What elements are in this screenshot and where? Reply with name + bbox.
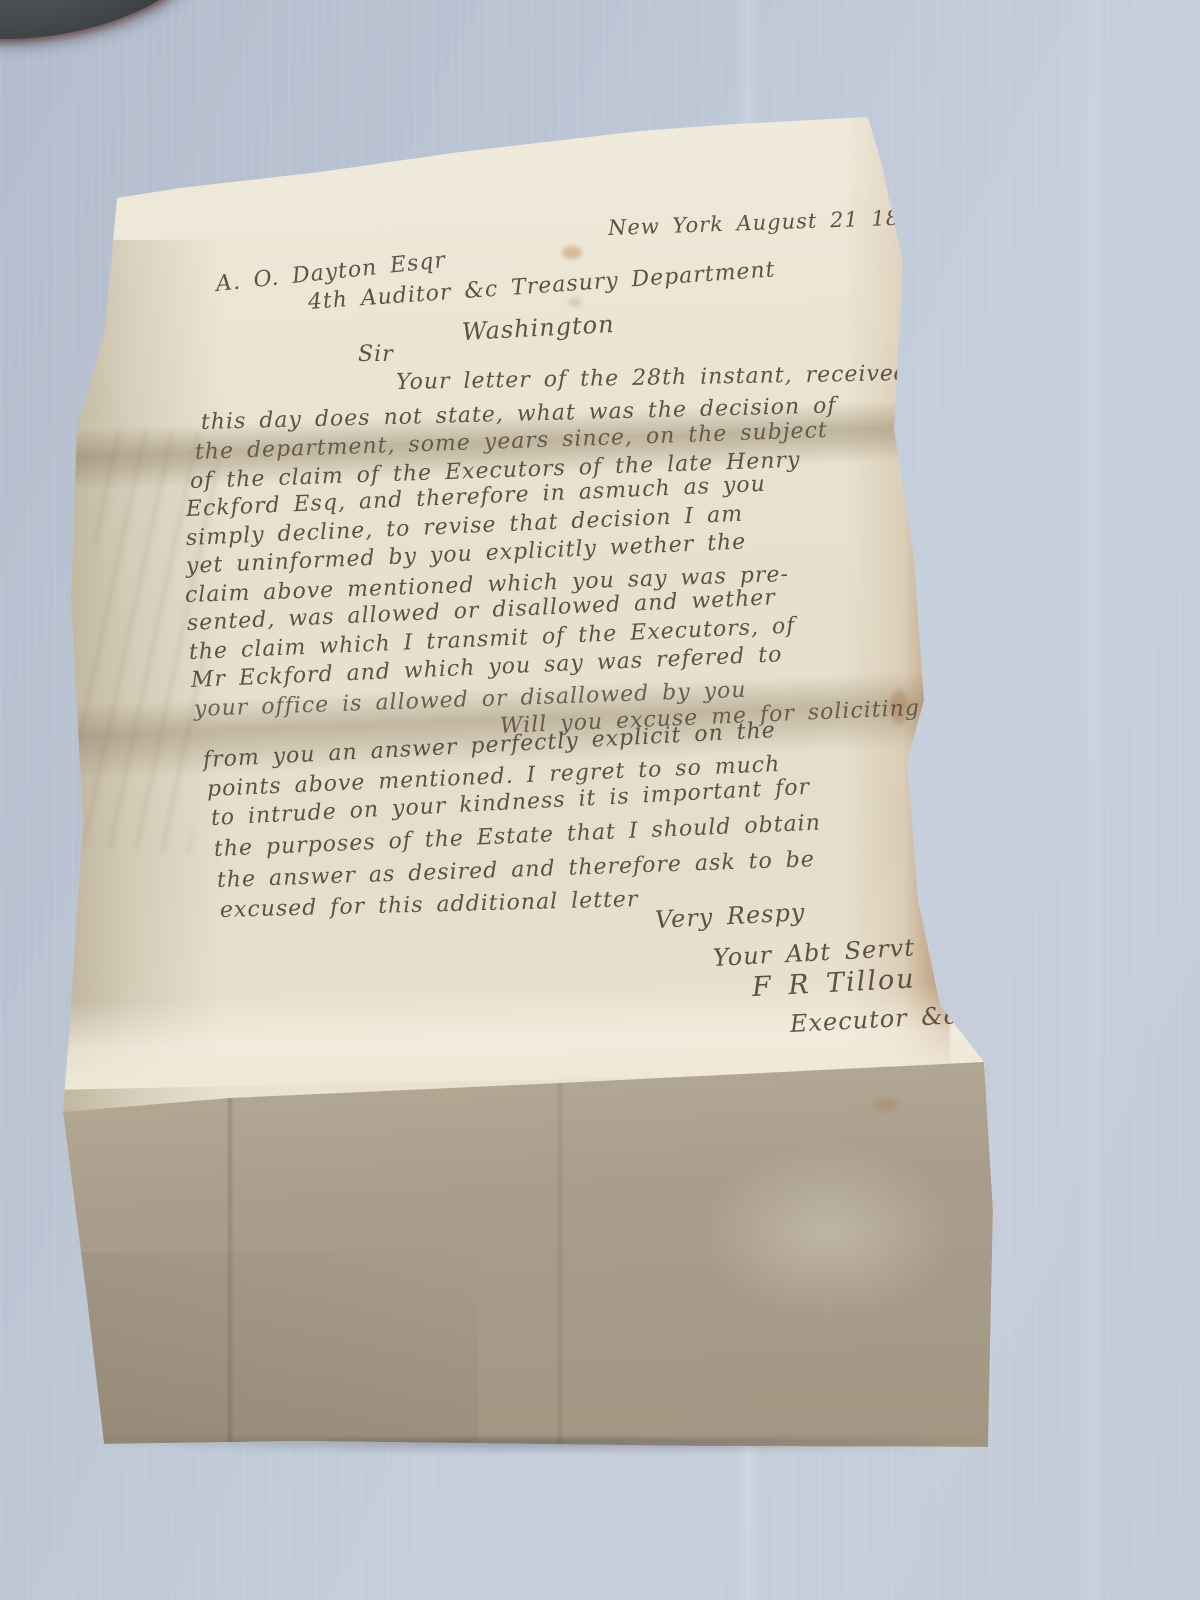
flap-shadow [58,1252,478,1452]
photo-frame: New York August 21 1840 A. O. Dayton Esq… [0,0,1200,1600]
surface-streak [1080,0,1106,1600]
fox-stain [872,1098,898,1112]
paper-drop-shadow [92,1438,992,1454]
salutation: Sir [358,342,394,367]
fox-stain [568,298,582,307]
folded-bottom-flap [58,1052,998,1452]
fox-stain [562,246,582,259]
vertical-crease [556,1052,564,1452]
flap-highlight [698,1142,958,1322]
